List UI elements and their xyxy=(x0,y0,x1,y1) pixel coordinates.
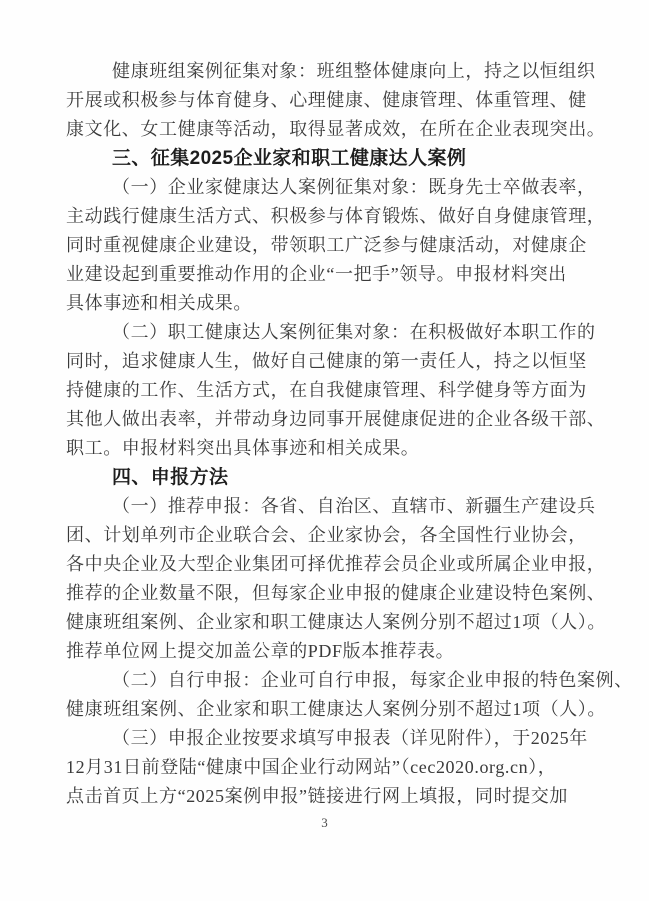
doc-line: （一）推荐申报：各省、自治区、直辖市、新疆生产建设兵 xyxy=(66,492,585,521)
doc-line: 各中央企业及大型企业集团可择优推荐会员企业或所属企业申报， xyxy=(66,550,585,579)
doc-line: 持健康的工作、生活方式，在自我健康管理、科学健身等方面为 xyxy=(66,376,585,405)
section-heading-3: 三、征集2025企业家和职工健康达人案例 xyxy=(66,144,585,173)
doc-line: （二）自行申报：企业可自行申报，每家企业申报的特色案例、 xyxy=(66,666,585,695)
doc-line: （一）企业家健康达人案例征集对象：既身先士卒做表率， xyxy=(66,173,585,202)
doc-line: 具体事迹和相关成果。 xyxy=(66,289,585,318)
doc-line: 康文化、女工健康等活动，取得显著成效，在所在企业表现突出。 xyxy=(66,115,585,144)
doc-line: 推荐单位网上提交加盖公章的PDF版本推荐表。 xyxy=(66,637,585,666)
doc-line: 职工。申报材料突出具体事迹和相关成果。 xyxy=(66,434,585,463)
page-number: 3 xyxy=(0,815,649,831)
doc-line: 点击首页上方“2025案例申报”链接进行网上填报，同时提交加 xyxy=(66,782,585,811)
doc-line: 健康班组案例、企业家和职工健康达人案例分别不超过1项（人）。 xyxy=(66,608,585,637)
doc-line: 12月31日前登陆“健康中国企业行动网站”（cec2020.org.cn）， xyxy=(66,753,585,782)
doc-line: 团、计划单列市企业联合会、企业家协会，各全国性行业协会， xyxy=(66,521,585,550)
doc-line: 健康班组案例、企业家和职工健康达人案例分别不超过1项（人）。 xyxy=(66,695,585,724)
doc-line: 开展或积极参与体育健身、心理健康、健康管理、体重管理、健 xyxy=(66,86,585,115)
document-text-block: 健康班组案例征集对象：班组整体健康向上，持之以恒组织 开展或积极参与体育健身、心… xyxy=(66,57,585,811)
doc-line: 其他人做出表率，并带动身边同事开展健康促进的企业各级干部、 xyxy=(66,405,585,434)
doc-line: 同时重视健康企业建设，带领职工广泛参与健康活动，对健康企 xyxy=(66,231,585,260)
doc-line: （二）职工健康达人案例征集对象：在积极做好本职工作的 xyxy=(66,318,585,347)
doc-line: 主动践行健康生活方式、积极参与体育锻炼、做好自身健康管理， xyxy=(66,202,585,231)
section-heading-4: 四、申报方法 xyxy=(66,463,585,492)
doc-line: 业建设起到重要推动作用的企业“一把手”领导。申报材料突出 xyxy=(66,260,585,289)
doc-line: 健康班组案例征集对象：班组整体健康向上，持之以恒组织 xyxy=(66,57,585,86)
doc-line: （三）申报企业按要求填写申报表（详见附件），于2025年 xyxy=(66,724,585,753)
doc-line: 推荐的企业数量不限，但每家企业申报的健康企业建设特色案例、 xyxy=(66,579,585,608)
document-page: 健康班组案例征集对象：班组整体健康向上，持之以恒组织 开展或积极参与体育健身、心… xyxy=(0,0,649,901)
doc-line: 同时，追求健康人生，做好自己健康的第一责任人，持之以恒坚 xyxy=(66,347,585,376)
